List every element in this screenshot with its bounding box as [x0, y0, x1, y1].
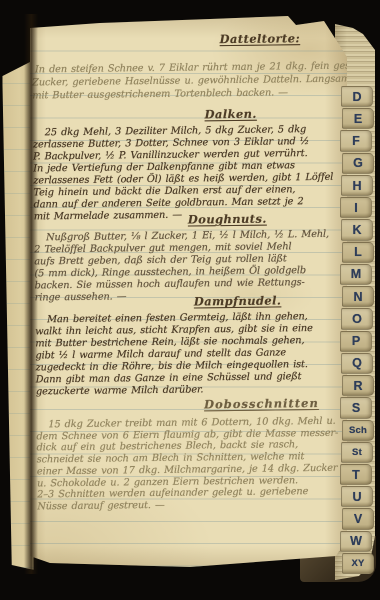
index-tab-s: S [340, 397, 372, 418]
recipe-heading: Dobosschnitten [204, 397, 340, 412]
recipe-body: 15 dkg Zucker treibt man mit 6 Dottern, … [36, 416, 341, 513]
recipe-body: In den steifen Schnee v. 7 Eiklar rührt … [32, 60, 336, 103]
index-tab-v: V [342, 508, 374, 529]
index-tab-g: G [342, 153, 374, 174]
index-tab-n: N [342, 286, 374, 307]
index-tab-l: L [342, 242, 374, 263]
recipe-section-doughnuts: Doughnuts. Nußgroß Butter, ⅛ l Zucker, 1… [34, 212, 339, 305]
recipe-section-dampfnudel: Dampfnudel. Man bereitet einen festen Ge… [35, 294, 340, 399]
recipe-heading: Dalken. [204, 107, 336, 122]
handwriting-layer: Datteltorte: In den steifen Schnee v. 7 … [30, 16, 347, 574]
index-tab-u: U [341, 486, 373, 507]
index-tab-f: F [340, 130, 372, 151]
index-tab-st: St [341, 442, 373, 463]
recipe-body: 25 dkg Mehl, 3 Deziliter Milch, 5 dkg Zu… [33, 124, 338, 224]
index-tab-m: M [340, 264, 372, 285]
index-tab-w: W [340, 531, 372, 552]
recipe-line: mit Butter ausgestrichenem Tortenblech b… [32, 86, 336, 103]
recipe-body: Man bereitet einen festen Germteig, läßt… [35, 311, 340, 399]
index-tab-q: Q [341, 353, 373, 374]
recipe-section-dobosschnitten: Dobosschnitten 15 dkg Zucker treibt man … [36, 397, 341, 513]
index-tab-h: H [341, 175, 373, 196]
recipe-section-datteltorte: Datteltorte: In den steifen Schnee v. 7 … [32, 32, 337, 103]
recipe-line: Nüsse darauf gestreut. — [37, 498, 341, 513]
index-tab-d: D [341, 86, 373, 107]
recipe-heading: Dampfnudel. [194, 294, 339, 309]
index-tab-e: E [342, 108, 374, 129]
index-tab-xy: XY [342, 553, 374, 574]
notebook-photo: Datteltorte: In den steifen Schnee v. 7 … [0, 0, 380, 600]
page-title: Datteltorte: [220, 32, 336, 46]
index-tab-k: K [341, 219, 373, 240]
index-tab-o: O [341, 308, 373, 329]
recipe-body: Nußgroß Butter, ⅛ l Zucker, 1 Ei, ½ l Mi… [34, 229, 339, 305]
index-tab-t: T [340, 464, 372, 485]
index-tab-i: I [340, 197, 372, 218]
page-gutter-shadow [24, 14, 38, 574]
notebook-page: Datteltorte: In den steifen Schnee v. 7 … [30, 16, 347, 574]
recipe-section-dalken: Dalken. 25 dkg Mehl, 3 Deziliter Milch, … [32, 107, 337, 224]
recipe-heading: Doughnuts. [188, 212, 338, 227]
index-tabs: D E F G H I K L M N O P Q R S Sch St T U… [341, 86, 373, 575]
index-tab-sch: Sch [342, 420, 374, 441]
index-tab-r: R [342, 375, 374, 396]
index-tab-p: P [340, 331, 372, 352]
